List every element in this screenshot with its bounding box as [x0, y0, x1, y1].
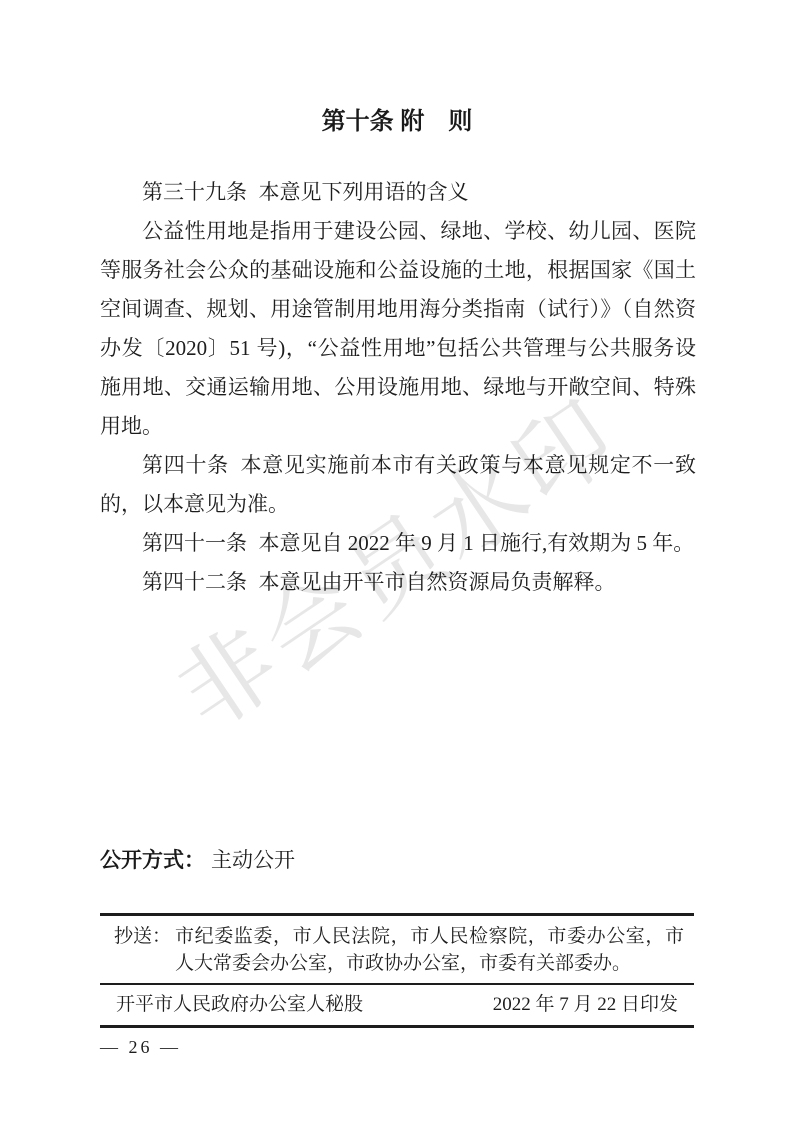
article-41-paragraph: 第四十一条本意见自 2022 年 9 月 1 日施行,有效期为 5 年。	[100, 524, 696, 563]
article-40-paragraph: 第四十条本意见实施前本市有关政策与本意见规定不一致的，以本意见为准。	[100, 446, 696, 524]
page-number: — 26 —	[100, 1037, 181, 1058]
document-body: 第三十九条本意见下列用语的含义 公益性用地是指用于建设公园、绿地、学校、幼儿园、…	[100, 173, 696, 602]
cc-row: 抄送： 市纪委监委，市人民法院，市人民检察院，市委办公室，市人大常委会办公室，市…	[100, 916, 694, 985]
article-39-number: 第三十九条	[142, 180, 247, 204]
article-39-heading: 第三十九条本意见下列用语的含义	[100, 173, 696, 212]
article-42-number: 第四十二条	[142, 570, 247, 594]
article-42-paragraph: 第四十二条本意见由开平市自然资源局负责解释。	[100, 563, 696, 602]
cc-list: 市纪委监委，市人民法院，市人民检察院，市委办公室，市人大常委会办公室，市政协办公…	[175, 923, 684, 977]
article-39-title: 本意见下列用语的含义	[259, 180, 469, 204]
document-page: 非会员水印 第十条 附 则 第三十九条本意见下列用语的含义 公益性用地是指用于建…	[0, 0, 794, 1123]
disclosure-line: 公开方式：主动公开	[100, 846, 295, 875]
footer-block: 抄送： 市纪委监委，市人民法院，市人民检察院，市委办公室，市人大常委会办公室，市…	[100, 913, 694, 1028]
chapter-title: 第十条 附 则	[0, 101, 794, 136]
issuing-office: 开平市人民政府办公室人秘股	[116, 992, 363, 1017]
cc-label: 抄送：	[114, 923, 171, 950]
article-41-text: 本意见自 2022 年 9 月 1 日施行,有效期为 5 年。	[259, 531, 695, 555]
print-row: 开平市人民政府办公室人秘股 2022 年 7 月 22 日印发	[100, 985, 694, 1028]
article-39-body-paragraph: 公益性用地是指用于建设公园、绿地、学校、幼儿园、医院等服务社会公众的基础设施和公…	[100, 212, 696, 446]
article-41-number: 第四十一条	[142, 531, 247, 555]
print-date: 2022 年 7 月 22 日印发	[493, 992, 678, 1017]
disclosure-label: 公开方式：	[100, 849, 205, 872]
article-42-text: 本意见由开平市自然资源局负责解释。	[259, 570, 616, 594]
disclosure-value: 主动公开	[211, 848, 295, 872]
article-40-number: 第四十条	[142, 453, 229, 477]
